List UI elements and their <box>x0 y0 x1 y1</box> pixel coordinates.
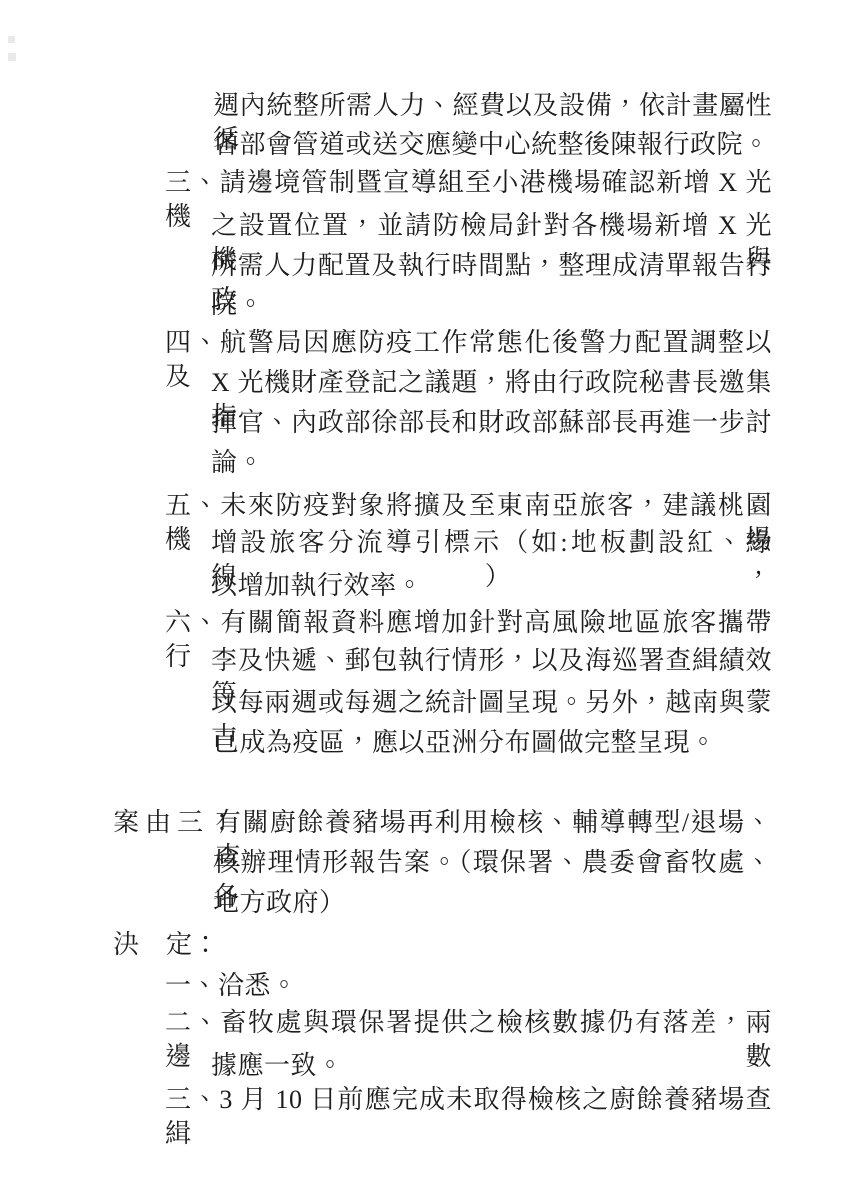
doc-line-continuation: 各部會管道或送交應變中心統整後陳報行政院。 <box>213 128 770 162</box>
doc-line-decision-3: 三、3 月 10 日前應完成未取得檢核之廚餘養豬場查緝 <box>165 1083 772 1151</box>
scan-artifact <box>8 53 16 61</box>
doc-line-continuation: 據應一致。 <box>211 1049 344 1083</box>
doc-line-continuation: 揮官、內政部徐部長和財政部蘇部長再進一步討 <box>211 406 772 440</box>
doc-line-continuation: 院。 <box>211 288 264 322</box>
decision-label: 決 定： <box>113 928 219 962</box>
scanned-document-page: 週內統整所需人力、經費以及設備，依計畫屬性循 各部會管道或送交應變中心統整後陳報… <box>0 0 848 1200</box>
doc-line-continuation: 所需人力配置及執行時間點，整理成清單報告行政 <box>211 249 772 317</box>
doc-line-continuation: 地方政府） <box>213 886 346 920</box>
scan-artifact <box>8 36 15 43</box>
doc-line-continuation: 已成為疫區，應以亞洲分布圖做完整呈現。 <box>213 726 717 760</box>
doc-line-decision-1: 一、洽悉。 <box>165 969 298 1003</box>
doc-line-continuation: 論。 <box>211 446 264 480</box>
doc-line-continuation: 以增加執行效率。 <box>211 569 423 603</box>
